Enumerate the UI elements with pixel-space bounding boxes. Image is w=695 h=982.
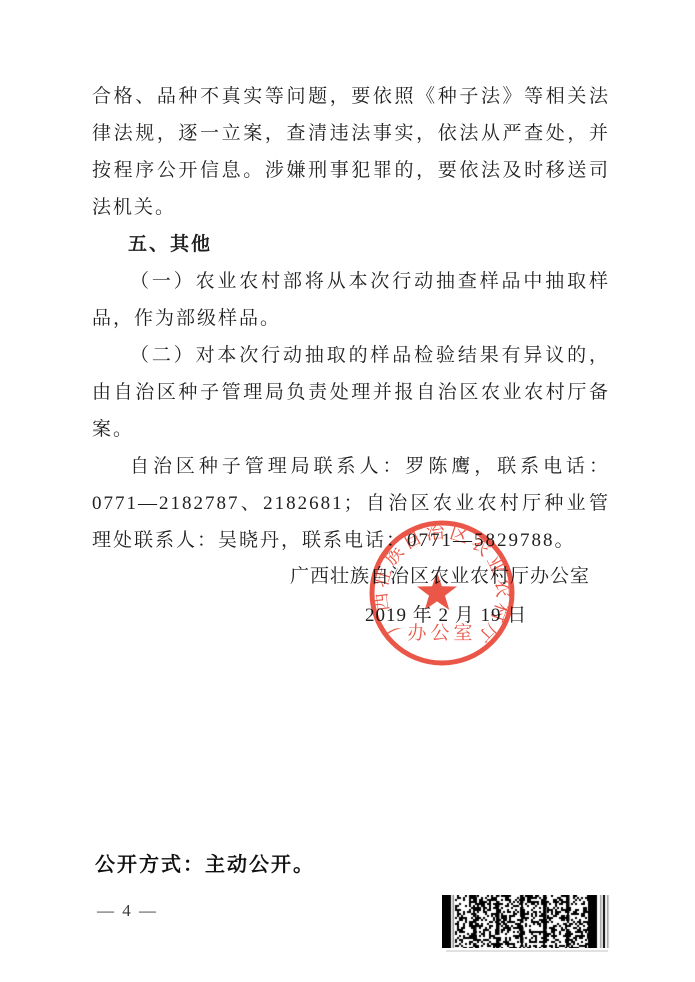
paragraph: （一）农业农村部将从本次行动抽查样品中抽取样品，作为部级样品。 — [92, 263, 610, 337]
paragraph: 自治区种子管理局联系人：罗陈鹰，联系电话：0771—2182787、218268… — [92, 448, 610, 559]
paragraph: （二）对本次行动抽取的样品检验结果有异议的，由自治区种子管理局负责处理并报自治区… — [92, 337, 610, 448]
document-body: 合格、品种不真实等问题，要依照《种子法》等相关法律法规，逐一立案，查清违法事实，… — [92, 78, 610, 559]
disclosure-line: 公开方式：主动公开。 — [95, 848, 315, 877]
section-heading: 五、其他 — [92, 226, 610, 263]
paragraph: 合格、品种不真实等问题，要依照《种子法》等相关法律法规，逐一立案，查清违法事实，… — [92, 78, 610, 226]
barcode — [442, 895, 612, 948]
barcode-smudge — [446, 950, 608, 952]
official-seal: 广西壮族自治区农业农村厅 办公室 — [366, 517, 518, 669]
seal-bottom-text: 办公室 — [407, 622, 476, 644]
document-page: 合格、品种不真实等问题，要依照《种子法》等相关法律法规，逐一立案，查清违法事实，… — [0, 0, 695, 982]
star-icon — [417, 572, 457, 610]
page-number: — 4 — — [97, 901, 158, 921]
